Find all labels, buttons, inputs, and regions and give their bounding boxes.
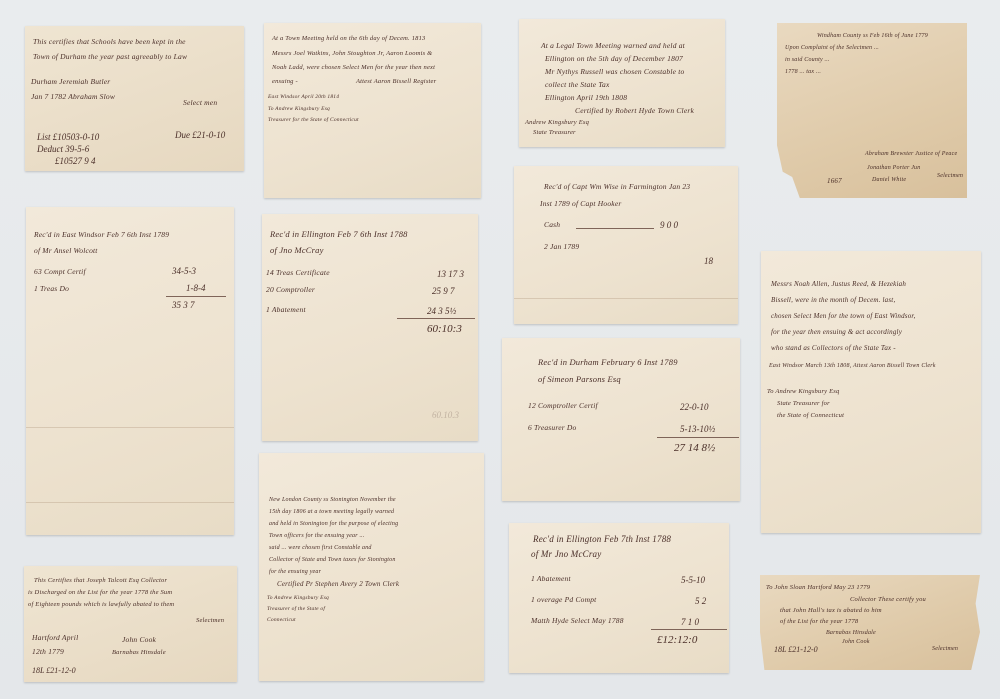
- doc-text-line: ensuing -: [272, 79, 298, 86]
- fold-line: [26, 427, 234, 428]
- doc-amount: 5-13-10½: [680, 424, 715, 434]
- doc-text-line: Jan 7 1782 Abraham Slow: [31, 93, 115, 101]
- doc-text-line: Mr Nythys Russell was chosen Constable t…: [545, 68, 684, 76]
- doc-text-line: Cash: [544, 221, 560, 229]
- doc-amount: List £10503-0-10: [37, 132, 99, 142]
- doc-text-line: Selectmen: [932, 646, 958, 652]
- document-east-windsor-receipt-1789: Rec'd in East Windsor Feb 7 6th Inst 178…: [26, 207, 234, 535]
- doc-text-line: of the List for the year 1778: [780, 619, 858, 626]
- doc-text-line: is Discharged on the List for the year 1…: [28, 590, 172, 597]
- doc-text-line: of Mr Ansel Wolcott: [34, 247, 98, 255]
- doc-text-line: Windham County ss Feb 16th of June 1779: [817, 33, 928, 39]
- doc-text-line: This certifies that Schools have been ke…: [33, 38, 186, 46]
- doc-text-line: Certified Pr Stephen Avery 2 Town Clerk: [277, 581, 399, 588]
- doc-text-line: 1778 ... tax ...: [785, 69, 821, 75]
- doc-text-line: 14 Treas Certificate: [266, 269, 330, 277]
- doc-text-line: Messrs Joel Watkins, John Stoughton Jr, …: [272, 51, 432, 58]
- doc-text-line: of Eighteen pounds which is lawfully aba…: [28, 602, 174, 609]
- doc-text-line: Daniel White: [872, 177, 906, 183]
- doc-text-line: To Andrew Kingsbury Esq: [268, 107, 330, 113]
- doc-text-line: chosen Select Men for the town of East W…: [771, 313, 916, 320]
- doc-amount: 27 14 8½: [674, 442, 715, 454]
- doc-text-line: 63 Compt Certif: [34, 268, 86, 276]
- document-ellington-constable-1807: At a Legal Town Meeting warned and held …: [519, 19, 725, 147]
- doc-amount: £10527 9 4: [55, 156, 96, 166]
- doc-text-line: 1 Treas Do: [34, 285, 69, 293]
- doc-amount: 34-5-3: [172, 266, 196, 276]
- doc-text-line: Certified by Robert Hyde Town Clerk: [575, 107, 694, 115]
- doc-amount: 18L £21-12-0: [32, 666, 76, 675]
- document-hartford-collector-1779: To John Sloan Hartford May 23 1779 Colle…: [760, 575, 980, 670]
- doc-text-line: 1667: [827, 178, 842, 185]
- doc-text-line: 1 Abatement: [266, 306, 306, 314]
- doc-text-line: Rec'd in East Windsor Feb 7 6th Inst 178…: [34, 231, 169, 239]
- doc-text-line: Barnabas Hinsdale: [112, 650, 166, 657]
- doc-text-line: said ... were chosen first Constable and: [269, 545, 372, 551]
- doc-text-line: To Andrew Kingsbury Esq: [767, 389, 839, 396]
- doc-text-line: At a Legal Town Meeting warned and held …: [541, 42, 685, 50]
- doc-text-line: Town of Durham the year past agreeably t…: [33, 53, 187, 61]
- doc-text-line: Barnabas Hinsdale: [826, 630, 876, 636]
- doc-text-line: John Cook: [122, 636, 156, 644]
- doc-text-line: Andrew Kingsbury Esq: [525, 120, 589, 127]
- doc-text-line: Rec'd in Ellington Feb 7th Inst 1788: [533, 535, 671, 544]
- sum-rule: [166, 296, 226, 297]
- doc-text-line: Hartford April: [32, 634, 78, 642]
- doc-text-line: East Windsor March 13th 1808, Attest Aar…: [769, 363, 936, 369]
- doc-amount: Due £21-0-10: [175, 130, 225, 140]
- doc-text-line: New London County ss Stonington November…: [269, 497, 396, 503]
- doc-text-line: State Treasurer: [533, 130, 576, 137]
- sum-rule: [651, 629, 727, 630]
- doc-text-line: of Mr Jno McCray: [531, 550, 601, 559]
- doc-text-line: Upon Complaint of the Selectmen ...: [785, 45, 879, 51]
- doc-amount: £12:12:0: [657, 634, 697, 646]
- doc-text-line: Bissell, were in the month of Decem. las…: [771, 297, 895, 304]
- doc-text-line: Treasurer for the State of Connecticut: [268, 118, 359, 124]
- doc-text-line: Inst 1789 of Capt Hooker: [540, 200, 621, 208]
- doc-text-line: Rec'd of Capt Wm Wise in Farmington Jan …: [544, 183, 690, 191]
- doc-text-line: Town officers for the ensuing year ...: [269, 533, 365, 539]
- document-windham-county-1779: Windham County ss Feb 16th of June 1779 …: [777, 23, 967, 198]
- doc-text-line: Ellington April 19th 1808: [545, 94, 627, 102]
- doc-text-line: Treasurer of the State of: [267, 607, 325, 613]
- doc-text-line: Abraham Brewster Justice of Peace: [865, 151, 957, 157]
- doc-amount: 18L £21-12-0: [774, 645, 818, 654]
- document-ellington-receipt-1788: Rec'd in Ellington Feb 7 6th Inst 1788 o…: [262, 214, 478, 441]
- doc-text-line: Jonathan Porter Jun: [867, 165, 920, 171]
- doc-text-line: Messrs Noah Allen, Justus Reed, & Hezeki…: [771, 281, 906, 288]
- doc-text-line: Noah Ladd, were chosen Select Men for th…: [272, 65, 435, 72]
- doc-amount: 60:10:3: [427, 323, 462, 335]
- doc-faint-mark: 60.10.3: [432, 410, 459, 420]
- doc-amount: 25 9 7: [432, 286, 455, 296]
- doc-text-line: Selectmen: [937, 173, 963, 179]
- doc-amount: 1-8-4: [186, 283, 206, 293]
- doc-text-line: Ellington on the 5th day of December 180…: [545, 55, 683, 63]
- doc-amount: 35 3 7: [172, 300, 195, 310]
- doc-text-line: This Certifies that Joseph Talcott Esq C…: [34, 578, 167, 585]
- doc-text-line: of Jno McCray: [270, 246, 324, 255]
- doc-text-line: Attest Aaron Bissell Register: [356, 79, 436, 86]
- doc-text-line: who stand as Collectors of the State Tax…: [771, 345, 896, 352]
- doc-text-line: of Simeon Parsons Esq: [538, 375, 621, 384]
- doc-amount: 7 1 0: [681, 617, 699, 627]
- doc-text-line: 1 overage Pd Compt: [531, 596, 596, 604]
- document-durham-receipt-1789: Rec'd in Durham February 6 Inst 1789 of …: [502, 338, 740, 501]
- doc-amount: 5 2: [695, 596, 706, 606]
- doc-text-line: Collector of State and Town taxes for St…: [269, 557, 396, 563]
- doc-text-line: 12th 1779: [32, 648, 64, 656]
- doc-text-line: Collector These certify you: [850, 597, 926, 604]
- doc-text-line: 6 Treasurer Do: [528, 424, 577, 432]
- doc-text-line: 2 Jan 1789: [544, 243, 579, 251]
- doc-text-line: Rec'd in Ellington Feb 7 6th Inst 1788: [270, 230, 408, 239]
- document-durham-schools-certificate: This certifies that Schools have been ke…: [25, 26, 244, 171]
- doc-amount: 9 0 0: [660, 220, 678, 230]
- doc-amount: 5-5-10: [681, 575, 705, 585]
- doc-text-line: 12 Comptroller Certif: [528, 402, 598, 410]
- doc-text-line: in said County ...: [785, 57, 830, 63]
- doc-amount: 13 17 3: [437, 269, 464, 279]
- doc-text-line: Connecticut: [267, 618, 296, 624]
- rule: [576, 228, 654, 229]
- document-east-windsor-town-meeting-1813: At a Town Meeting held on the 6th day of…: [264, 23, 481, 198]
- doc-text-line: and held in Stonington for the purpose o…: [269, 521, 398, 527]
- doc-amount: 18: [704, 256, 713, 266]
- document-farmington-receipt-1789: Rec'd of Capt Wm Wise in Farmington Jan …: [514, 166, 738, 324]
- doc-text-line: for the ensuing year: [269, 569, 321, 575]
- doc-text-line: 20 Comptroller: [266, 286, 315, 294]
- sum-rule: [657, 437, 739, 438]
- doc-text-line: 1 Abatement: [531, 575, 571, 583]
- doc-text-line: To John Sloan Hartford May 23 1779: [766, 585, 870, 592]
- doc-amount: Deduct 39-5-6: [37, 144, 89, 154]
- doc-text-line: Select men: [183, 99, 217, 107]
- fold-line: [514, 298, 738, 299]
- doc-text-line: the State of Connecticut: [777, 413, 844, 420]
- fold-line: [26, 502, 234, 503]
- doc-text-line: John Cook: [842, 639, 870, 645]
- doc-text-line: Matth Hyde Select May 1788: [531, 617, 624, 625]
- doc-text-line: Rec'd in Durham February 6 Inst 1789: [538, 358, 678, 367]
- doc-text-line: collect the State Tax: [545, 81, 610, 89]
- doc-text-line: Selectmen: [196, 618, 224, 625]
- document-hartford-abatement-1779: This Certifies that Joseph Talcott Esq C…: [24, 566, 237, 682]
- sum-rule: [397, 318, 475, 319]
- document-ellington-abatement-receipt-1788: Rec'd in Ellington Feb 7th Inst 1788 of …: [509, 523, 729, 673]
- doc-text-line: To Andrew Kingsbury Esq: [267, 596, 329, 602]
- doc-text-line: for the year then ensuing & act accordin…: [771, 329, 902, 336]
- document-stonington-town-meeting-1806: New London County ss Stonington November…: [259, 453, 484, 681]
- doc-amount: 22-0-10: [680, 402, 709, 412]
- doc-text-line: East Windsor April 20th 1814: [268, 95, 339, 101]
- doc-amount: 24 3 5½: [427, 306, 456, 316]
- doc-text-line: At a Town Meeting held on the 6th day of…: [272, 36, 426, 43]
- doc-text-line: 15th day 1806 at a town meeting legally …: [269, 509, 394, 515]
- doc-text-line: State Treasurer for: [777, 401, 830, 408]
- document-east-windsor-selectmen-1808: Messrs Noah Allen, Justus Reed, & Hezeki…: [761, 251, 981, 533]
- doc-text-line: Durham Jeremiah Butler: [31, 78, 110, 86]
- doc-text-line: that John Hall's tax is abated to him: [780, 608, 882, 615]
